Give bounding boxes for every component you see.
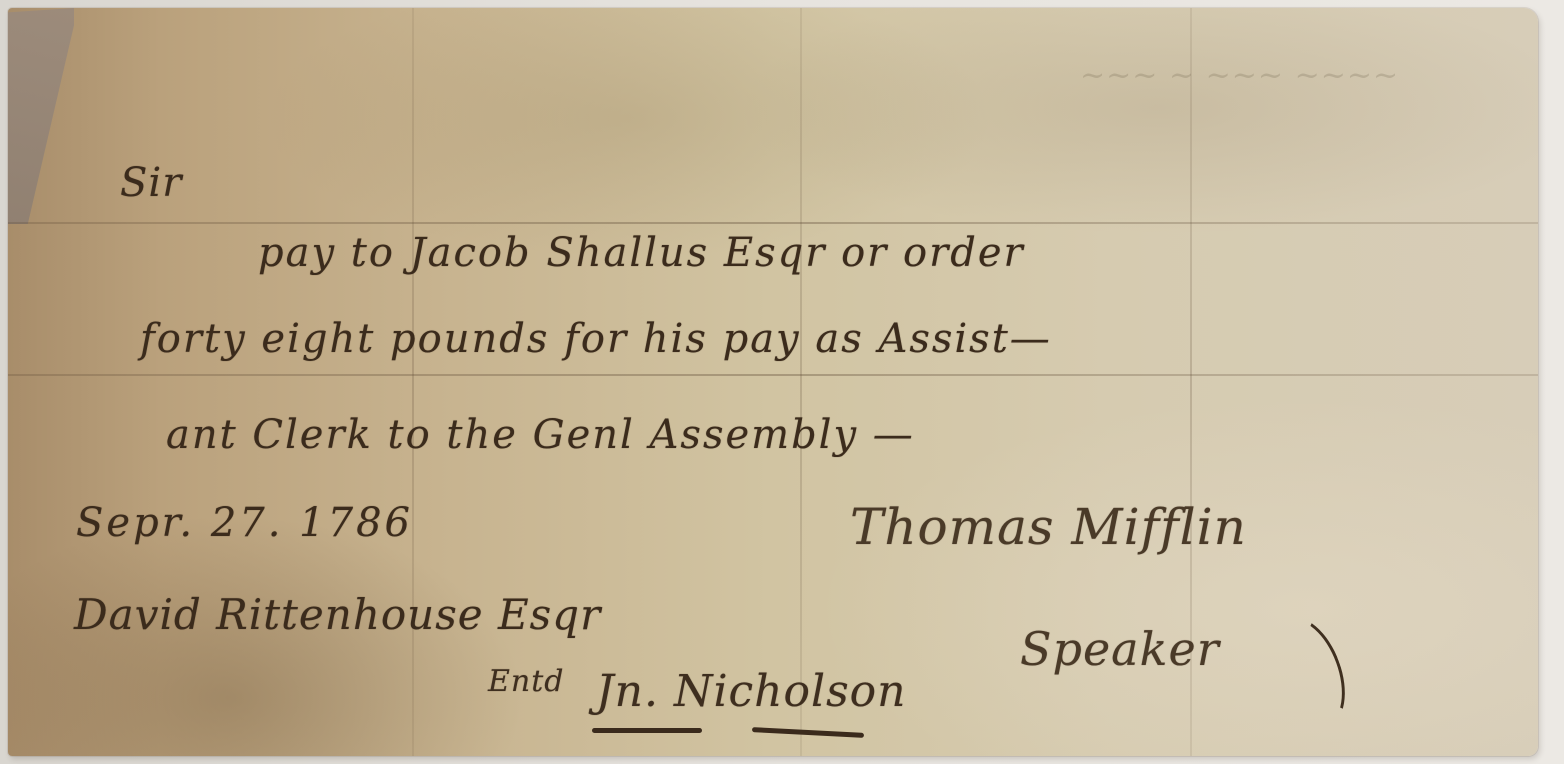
body-line-1: pay to Jacob Shallus Esqr or order (258, 230, 1025, 276)
addressee: David Rittenhouse Esqr (74, 590, 601, 639)
endorsement-underline-left (592, 728, 702, 733)
salutation: Sir (120, 160, 182, 206)
bleed-through-text: ~~~ ~ ~~~ ~~~~ (1080, 58, 1399, 93)
fold-line-horizontal-top (8, 222, 1538, 224)
fold-line-vertical-left (412, 8, 414, 756)
endorsement-prefix: Entd (488, 664, 564, 699)
endorsement-signature: Jn. Nicholson (596, 666, 906, 717)
signature-title: Speaker (1020, 622, 1220, 676)
fold-line-horizontal-middle (8, 374, 1538, 376)
signature-name: Thomas Mifflin (850, 498, 1247, 556)
document-scan: ~~~ ~ ~~~ ~~~~ Sir pay to Jacob Shallus … (0, 0, 1564, 764)
body-line-3: ant Clerk to the Genl Assembly — (166, 412, 915, 458)
fold-line-vertical-center (800, 8, 802, 756)
date: Sepr. 27. 1786 (76, 500, 413, 546)
body-line-2: forty eight pounds for his pay as Assist… (140, 316, 1052, 362)
